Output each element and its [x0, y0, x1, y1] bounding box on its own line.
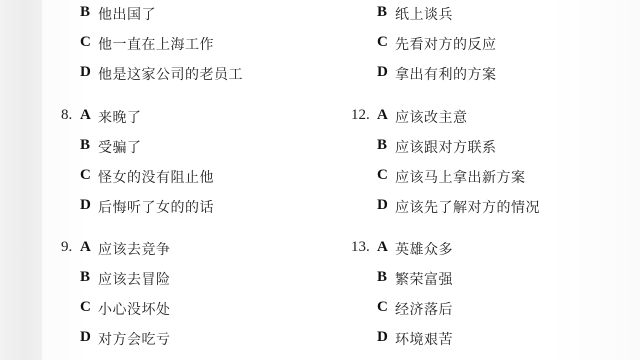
option-text: 先看对方的反应	[395, 34, 497, 54]
option-letter: B	[377, 269, 387, 286]
option-letter: C	[377, 34, 388, 51]
option-text: 怪女的没有阻止他	[98, 167, 214, 187]
page-edge-shadow	[0, 0, 42, 360]
option-text: 来晚了	[98, 107, 142, 127]
option-text: 后悔听了女的的话	[98, 197, 214, 217]
option-letter: D	[377, 197, 388, 214]
option-letter: A	[80, 107, 91, 124]
option-text: 应该先了解对方的情况	[395, 197, 540, 217]
option-text: 他是这家公司的老员工	[98, 64, 243, 84]
question-number: 9.	[61, 239, 72, 256]
question-number: 8.	[61, 107, 72, 124]
option-text: 应该跟对方联系	[395, 137, 497, 157]
option-text: 应该去冒险	[98, 269, 171, 289]
option-text: 应该去竞争	[98, 239, 171, 259]
question-number: 12.	[351, 107, 370, 124]
option-text: 纸上谈兵	[395, 4, 453, 24]
option-text: 经济落后	[395, 299, 453, 319]
question-number: 13.	[351, 239, 370, 256]
option-letter: D	[80, 197, 91, 214]
option-letter: C	[80, 34, 91, 51]
option-letter: A	[80, 239, 91, 256]
option-text: 对方会吃亏	[98, 329, 171, 349]
option-letter: D	[80, 64, 91, 81]
option-text: 应该马上拿出新方案	[395, 167, 526, 187]
option-text: 环境艰苦	[395, 329, 453, 349]
option-letter: D	[377, 329, 388, 346]
option-letter: B	[80, 269, 90, 286]
option-text: 英雄众多	[395, 239, 453, 259]
option-letter: C	[377, 167, 388, 184]
option-text: 拿出有利的方案	[395, 64, 497, 84]
option-letter: C	[80, 167, 91, 184]
option-letter: B	[80, 4, 90, 21]
option-text: 他出国了	[98, 4, 156, 24]
option-letter: B	[80, 137, 90, 154]
option-letter: B	[377, 4, 387, 21]
option-letter: C	[80, 299, 91, 316]
option-text: 他一直在上海工作	[98, 34, 214, 54]
option-letter: A	[377, 107, 388, 124]
option-letter: D	[80, 329, 91, 346]
option-letter: C	[377, 299, 388, 316]
option-text: 小心没坏处	[98, 299, 171, 319]
option-text: 繁荣富强	[395, 269, 453, 289]
option-letter: B	[377, 137, 387, 154]
option-text: 受骗了	[98, 137, 142, 157]
option-letter: D	[377, 64, 388, 81]
option-letter: A	[377, 239, 388, 256]
option-text: 应该改主意	[395, 107, 468, 127]
